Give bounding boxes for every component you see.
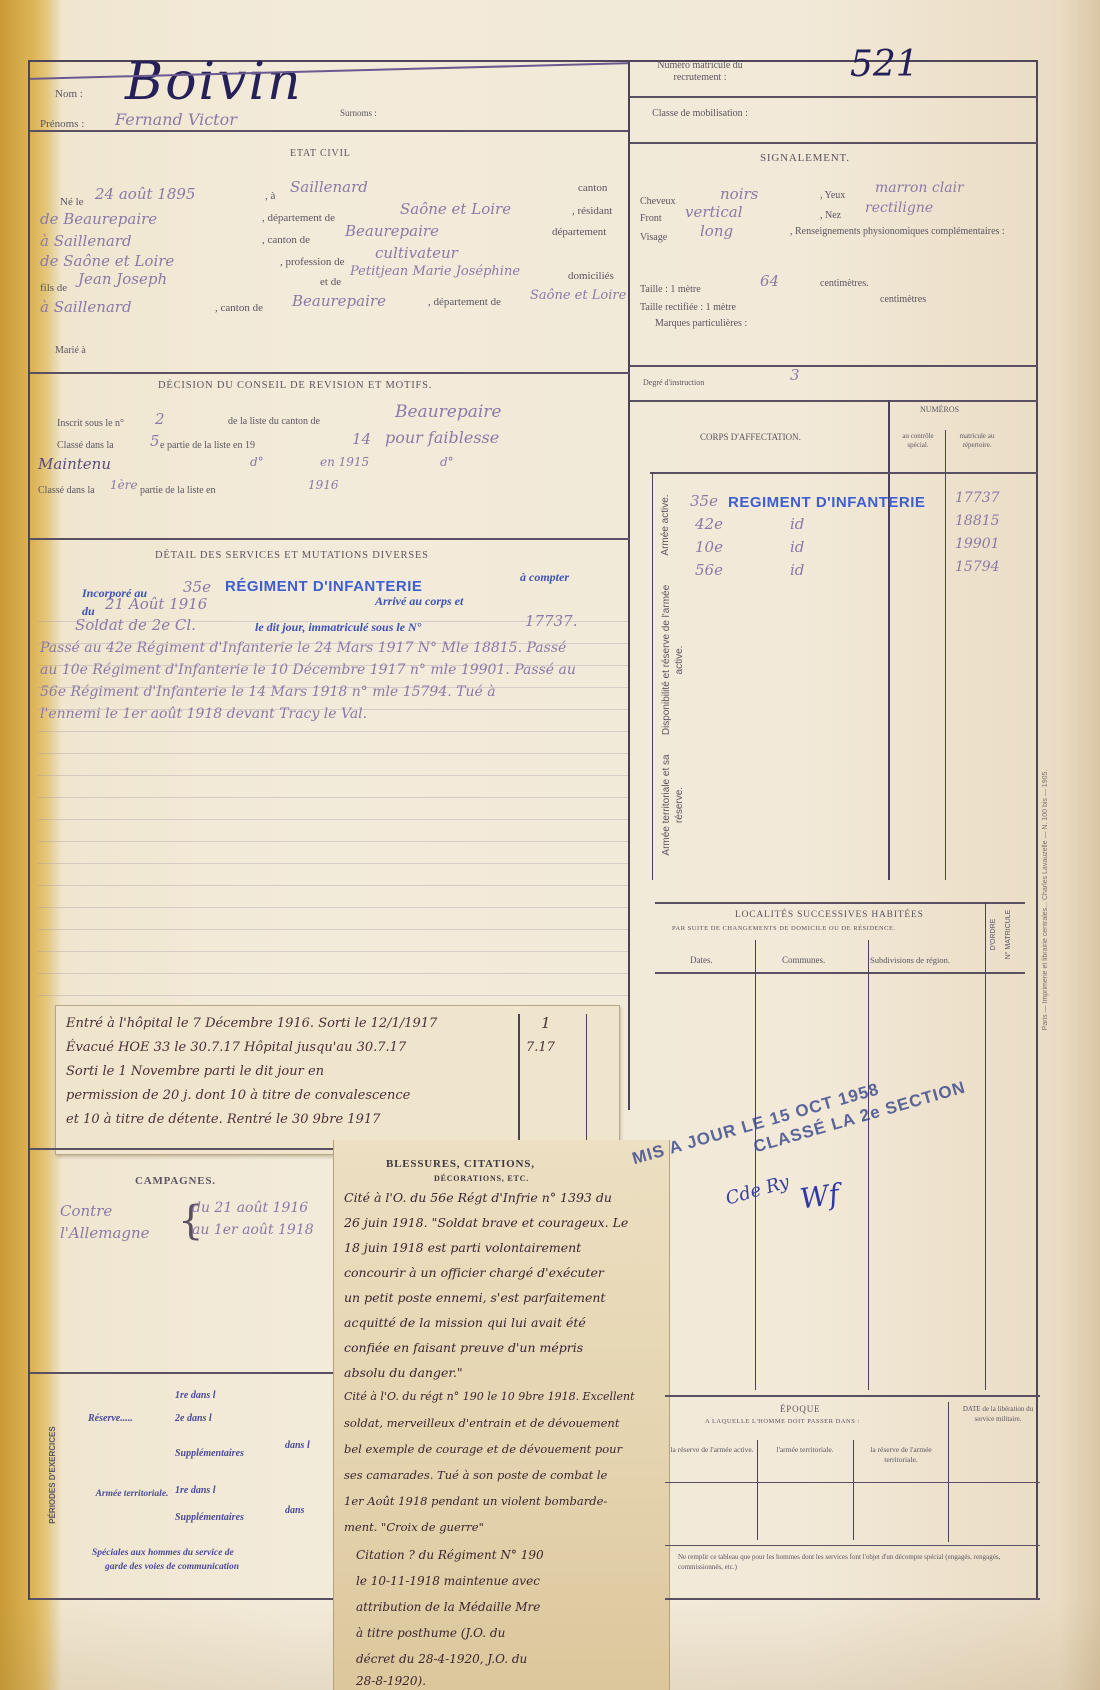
affectation-row-matricule: 19901 — [955, 536, 1000, 552]
cheveux-value: noirs — [720, 185, 758, 203]
conseil-title: DÉCISION DU CONSEIL DE REVISION ET MOTIF… — [158, 380, 432, 391]
column-divider — [628, 60, 630, 1110]
speciales-line1: Spéciales aux hommes du service de — [92, 1548, 234, 1558]
domicile-value: à Saillenard — [40, 298, 132, 316]
rule — [518, 1014, 520, 1149]
citation-line: Citation ? du Régiment N° 190 — [356, 1548, 544, 1562]
affectation-row-regiment: 42e — [695, 515, 723, 533]
liste-value: Beaurepaire — [395, 402, 501, 422]
immatricule-value: 17737. — [525, 612, 578, 630]
territoriale-supp-dans: dans — [285, 1505, 304, 1516]
reserve-label: Réserve..... — [88, 1413, 133, 1424]
reserve-supp: Supplémentaires — [175, 1448, 244, 1459]
hopital-line: et 10 à titre de détente. Rentré le 30 9… — [66, 1112, 380, 1127]
classe1-year: 1916 — [308, 478, 339, 492]
et-de-label: et de — [320, 276, 341, 288]
front-label: Front — [640, 213, 662, 224]
maintenu-year: en 1915 — [320, 455, 369, 469]
col-controle: au contrôle spécial. — [892, 432, 944, 450]
citation-line: un petit poste ennemi, s'est parfaitemen… — [344, 1290, 605, 1305]
rule — [30, 538, 630, 540]
visage-value: long — [700, 222, 733, 240]
citation-line: absolu du danger." — [344, 1365, 463, 1380]
rule — [948, 1402, 949, 1542]
residant-label: , résidant — [572, 205, 612, 217]
a-compter-label: à compter — [520, 570, 569, 585]
taille-unit: centimètres. — [820, 278, 869, 289]
classe-suffix: e partie de la liste en 19 — [160, 440, 255, 451]
classe-motif: pour faiblesse — [385, 428, 499, 447]
citation-line: ses camarades. Tué à son poste de combat… — [344, 1468, 607, 1482]
rule — [853, 1440, 854, 1540]
pere-value: Jean Joseph — [78, 270, 167, 288]
nom-value: Boivin — [125, 52, 303, 112]
blessures-subtitle: DÉCORATIONS, ETC. — [434, 1174, 529, 1183]
hopital-line: Sorti le 1 Novembre parti le dit jour en — [66, 1064, 324, 1079]
territoriale-supp: Supplémentaires — [175, 1512, 244, 1523]
inscrit-value: 2 — [155, 410, 165, 428]
rule — [868, 940, 869, 1390]
profession-label: , profession de — [280, 256, 344, 268]
affectation-row-regiment: 56e — [695, 561, 723, 579]
lieu-naissance-value: Saillenard — [290, 178, 368, 196]
maintenu-idem: d° — [250, 455, 264, 469]
corps-title: CORPS D'AFFECTATION. — [700, 432, 801, 442]
localites-col-subdivisions: Subdivisions de région. — [870, 955, 950, 965]
domicilies-label: domiciliés — [568, 270, 614, 282]
printer-note: Paris — Imprimerie et librairie centrale… — [1042, 700, 1049, 1100]
epoque-date-title: DATE de la libération du service militai… — [958, 1404, 1038, 1424]
surnoms-label: Surnoms : — [340, 108, 377, 118]
taille-rectifiee-label: Taille rectifiée : 1 mètre — [640, 302, 736, 313]
ne-le-label: Né le — [60, 196, 84, 208]
classe-label: Classé dans la — [57, 440, 114, 451]
canton-label: canton — [578, 182, 607, 194]
taille-rectifiee-unit: centimètres — [880, 294, 926, 305]
etat-civil-title: ETAT CIVIL — [290, 148, 351, 159]
localites-title: LOCALITÉS SUCCESSIVES HABITÉES — [735, 910, 924, 920]
epoque-footnote: Ne remplir ce tableau que pour les homme… — [678, 1552, 1028, 1572]
rule — [650, 472, 1038, 474]
citation-line: 1er Août 1918 pendant un violent bombard… — [344, 1494, 607, 1508]
epoque-col-territoriale: l'armée territoriale. — [760, 1445, 850, 1455]
affectation-row-matricule: 15794 — [955, 559, 1000, 575]
reserve-supp-dans: dans l — [285, 1440, 310, 1451]
taille-value: 64 — [760, 272, 779, 290]
classe-label: Classe de mobilisation : — [640, 108, 760, 120]
rule — [655, 972, 1025, 974]
blessures-title: BLESSURES, CITATIONS, — [386, 1158, 535, 1170]
affectation-row-regiment: 10e — [695, 538, 723, 556]
rule — [30, 1372, 335, 1374]
hopital-slip: Entré à l'hôpital le 7 Décembre 1916. So… — [55, 1005, 620, 1155]
rule — [630, 365, 1038, 367]
rule — [30, 1598, 335, 1600]
hopital-line: permission de 20 j. dont 10 à titre de c… — [66, 1088, 410, 1103]
nez-label: , Nez — [820, 210, 841, 221]
epoque-title: ÉPOQUE — [780, 1404, 820, 1414]
departement2-label: département — [552, 226, 606, 238]
citation-line: soldat, merveilleux d'entrain et de dévo… — [344, 1416, 619, 1430]
departement-label: , département de — [262, 212, 335, 224]
territoriale-1: 1re dans l — [175, 1485, 216, 1496]
inscrit-label: Inscrit sous le n° — [57, 418, 124, 429]
signature: Wf — [798, 1177, 841, 1215]
citation-line: à titre posthume (J.O. du — [356, 1626, 505, 1640]
header-rule — [30, 130, 630, 132]
rule — [30, 372, 630, 374]
canton2-value: Beaurepaire — [345, 222, 439, 240]
localites-col-dates: Dates. — [690, 955, 713, 965]
du-value: 21 Août 1916 — [105, 595, 207, 613]
departement3-value: Saône et Loire — [530, 288, 626, 303]
departement2-value: de Saône et Loire — [40, 252, 174, 270]
citation-line: Cité à l'O. du régt n° 190 le 10 9bre 19… — [344, 1390, 635, 1403]
reserve-2: 2e dans l — [175, 1413, 212, 1424]
prenoms-label: Prénoms : — [40, 118, 84, 130]
canton2-label: , canton de — [262, 234, 310, 246]
rule — [757, 1440, 758, 1540]
epoque-subtitle: A LAQUELLE L'HOMME DOIT PASSER DANS : — [705, 1418, 860, 1425]
degre-instruction-label: Degré d'instruction — [643, 378, 704, 387]
rule — [665, 1545, 1040, 1546]
rule — [665, 1598, 1040, 1600]
signalement-title: SIGNALEMENT. — [760, 152, 850, 164]
rule — [655, 902, 1025, 904]
marques-label: Marques particulières : — [655, 318, 747, 329]
rule — [665, 1395, 1040, 1397]
ruled-area — [38, 600, 628, 1000]
classe1-suffix: partie de la liste en — [140, 485, 216, 496]
canton3-label: , canton de — [215, 302, 263, 314]
residant-value: à Saillenard — [40, 232, 132, 250]
affectation-row-corps: id — [790, 538, 804, 556]
marie-label: Marié à — [55, 345, 86, 356]
campagne-au: au 1er août 1918 — [192, 1222, 314, 1238]
citation-line: concourir à un officier chargé d'exécute… — [344, 1265, 604, 1280]
affectation-row-corps: id — [790, 561, 804, 579]
citation-line: Cité à l'O. du 56e Régt d'Infrie n° 1393… — [344, 1190, 612, 1205]
maintenu-value: Maintenu — [38, 455, 111, 473]
armee-active-label: Armée active. — [660, 490, 671, 560]
citation-line: décret du 28-4-1920, J.O. du — [356, 1652, 527, 1666]
taille-label: Taille : 1 mètre — [640, 284, 701, 295]
immatricule-label: le dit jour, immatriculé sous le N° — [255, 620, 421, 635]
rule — [630, 400, 1038, 402]
prenoms-value: Fernand Victor — [115, 110, 237, 129]
soldat-value: Soldat de 2e Cl. — [75, 616, 196, 634]
departement3-label: , département de — [428, 296, 501, 308]
rule — [985, 902, 986, 972]
ne-le-value: 24 août 1895 — [95, 185, 195, 203]
hopital-line: Évacué HOE 33 le 30.7.17 Hôpital jusqu'a… — [66, 1040, 406, 1055]
localites-col-matricule: N° MATRICULE — [1005, 907, 1012, 962]
rule — [630, 96, 1038, 98]
a-label: , à — [265, 190, 275, 202]
rule — [755, 940, 756, 1390]
epoque-col-reserve-active: la réserve de l'armée active. — [668, 1445, 756, 1455]
service-line: Passé au 42e Régiment d'Infanterie le 24… — [40, 640, 566, 656]
rule — [945, 430, 946, 880]
nom-label: Nom : — [55, 88, 83, 100]
front-value: vertical — [685, 203, 743, 221]
territoriale-label: Armée territoriale et sa réserve. — [660, 740, 686, 870]
epoque-col-reserve-territoriale: la réserve de l'armée territoriale. — [856, 1445, 946, 1465]
register-page: Nom : Boivin Prénoms : Fernand Victor Su… — [0, 0, 1100, 1690]
citation-line: 26 juin 1918. "Soldat brave et courageux… — [344, 1215, 628, 1230]
periodes-exercices-label: PÉRIODES D'EXERCICES — [48, 1405, 57, 1545]
cheveux-label: Cheveux — [640, 196, 676, 207]
classe1-partie: 1ère — [110, 478, 138, 492]
hopital-line: Entré à l'hôpital le 7 Décembre 1916. So… — [66, 1016, 437, 1031]
service-line: au 10e Régiment d'Infanterie le 10 Décem… — [40, 662, 576, 678]
rule — [665, 1482, 1040, 1483]
maintenu-idem2: d° — [440, 455, 454, 469]
classe-year: 14 — [352, 430, 371, 448]
citation-line: 28-8-1920). — [356, 1674, 426, 1688]
affectation-row-corps: id — [790, 515, 804, 533]
affectation-row-corps: REGIMENT D'INFANTERIE — [728, 494, 925, 511]
services-title: DÉTAIL DES SERVICES ET MUTATIONS DIVERSE… — [155, 550, 429, 561]
canton3-value: Beaurepaire — [292, 292, 386, 310]
citation-line: 18 juin 1918 est parti volontairement — [344, 1240, 581, 1255]
hopital-side-value: 1 — [541, 1014, 551, 1032]
citation-line: ment. "Croix de guerre" — [344, 1520, 484, 1534]
rule — [652, 472, 653, 880]
matricule-value: 521 — [850, 44, 919, 85]
campagne-du: du 21 août 1916 — [192, 1200, 308, 1216]
numeros-title: NUMÉROS — [920, 405, 959, 414]
service-line: l'ennemi le 1er août 1918 devant Tracy l… — [40, 706, 367, 722]
affectation-row-matricule: 18815 — [955, 513, 1000, 529]
campagne-contre: Contre l'Allemagne — [60, 1200, 180, 1244]
localites-subtitle: PAR SUITE DE CHANGEMENTS DE DOMICILE OU … — [672, 925, 896, 932]
rule — [985, 972, 986, 1390]
incorpore-regiment: 35e — [183, 578, 211, 596]
citation-line: acquitté de la mission qui lui avait été — [344, 1315, 586, 1330]
classe1-label: Classé dans la — [38, 485, 95, 496]
matricule-label: Numéro matricule du recrutement : — [640, 60, 760, 84]
disponibilite-label: Disponibilité et réserve de l'armée acti… — [660, 580, 686, 740]
citation-line: confiée en faisant preuve d'un mépris — [344, 1340, 583, 1355]
mere-value: Petitjean Marie Joséphine — [350, 264, 520, 279]
territoriale-label: Armée territoriale. — [92, 1488, 172, 1500]
yeux-label: , Yeux — [820, 190, 845, 201]
citation-line: attribution de la Médaille Mre — [356, 1600, 540, 1614]
speciales-line2: garde des voies de communication — [105, 1562, 239, 1572]
rule — [630, 142, 1038, 144]
citation-line: le 10-11-1918 maintenue avec — [356, 1574, 540, 1588]
nez-value: rectiligne — [865, 200, 933, 216]
classe-partie-value: 5 — [150, 432, 160, 450]
degre-instruction-value: 3 — [790, 366, 800, 384]
localites-col-communes: Communes. — [782, 955, 825, 965]
affectation-row-matricule: 17737 — [955, 490, 1000, 506]
incorpore-stamp: RÉGIMENT D'INFANTERIE — [225, 578, 422, 595]
canton-value: de Beaurepaire — [40, 210, 157, 228]
campagnes-title: CAMPAGNES. — [135, 1175, 216, 1187]
arrive-label: Arrivé au corps et — [375, 594, 463, 609]
fils-de-label: fils de — [40, 282, 67, 294]
citation-line: bel exemple de courage et de dévouement … — [344, 1442, 622, 1456]
col-matricule: matricule au répertoire. — [947, 432, 1007, 450]
profession-value: cultivateur — [375, 244, 458, 262]
renseignements-label: , Renseignements physionomiques compléme… — [790, 226, 1030, 238]
localites-col-ordre: D'ORDRE — [990, 907, 997, 962]
rule — [586, 1014, 587, 1149]
hopital-side-value: 7.17 — [526, 1040, 555, 1055]
service-line: 56e Régiment d'Infanterie le 14 Mars 191… — [40, 684, 496, 700]
reserve-1: 1re dans l — [175, 1390, 216, 1401]
visage-label: Visage — [640, 232, 667, 243]
yeux-value: marron clair — [875, 180, 964, 196]
affectation-row-regiment: 35e — [690, 492, 718, 510]
liste-label: de la liste du canton de — [228, 416, 320, 427]
departement-value: Saône et Loire — [400, 200, 511, 218]
citation-slip: BLESSURES, CITATIONS, DÉCORATIONS, ETC. … — [333, 1140, 670, 1690]
